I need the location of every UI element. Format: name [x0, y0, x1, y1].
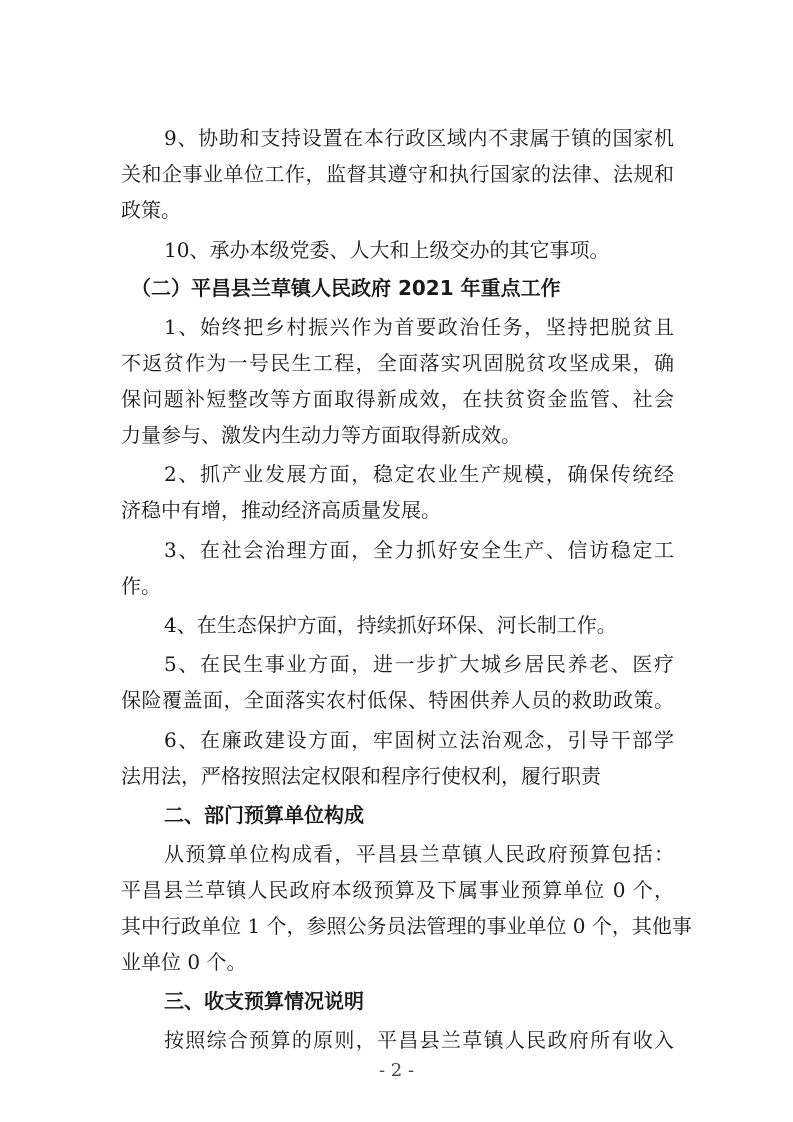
paragraph-line: 力量参与、激发内生动力等方面取得新成效。 [121, 417, 674, 453]
page-number: - 2 - [0, 1060, 793, 1081]
paragraph-line: 其中行政单位 1 个，参照公务员法管理的事业单位 0 个，其他事 [121, 908, 674, 944]
paragraph-line: 济稳中有增，推动经济高质量发展。 [121, 492, 674, 528]
paragraph-line: 保问题补短整改等方面取得新成效，在扶贫资金监管、社会 [121, 381, 674, 417]
paragraph-line: 按照综合预算的原则，平昌县兰草镇人民政府所有收入 [121, 1022, 674, 1058]
paragraph-line: 从预算单位构成看，平昌县兰草镇人民政府预算包括： [121, 836, 674, 872]
paragraph-line: 2、抓产业发展方面，稳定农业生产规模，确保传统经 [121, 456, 674, 492]
paragraph-line: 不返贫作为一号民生工程，全面落实巩固脱贫攻坚成果，确 [121, 345, 674, 381]
paragraph-line: 作。 [121, 568, 674, 604]
paragraph-line: 4、在生态保护方面，持续抓好环保、河长制工作。 [121, 607, 674, 643]
paragraph-line: 1、始终把乡村振兴作为首要政治任务，坚持把脱贫且 [121, 309, 674, 345]
paragraph-line: 5、在民生事业方面，进一步扩大城乡居民养老、医疗 [121, 646, 674, 682]
paragraph-line: 关和企事业单位工作，监督其遵守和执行国家的法律、法规和 [121, 156, 674, 192]
paragraph-line: 法用法，严格按照法定权限和程序行使权利，履行职责 [121, 758, 674, 794]
paragraph-line: 6、在廉政建设方面，牢固树立法治观念，引导干部学 [121, 722, 674, 758]
paragraph-line: 3、在社会治理方面，全力抓好安全生产、信访稳定工 [121, 532, 674, 568]
paragraph-line: 业单位 0 个。 [121, 944, 674, 980]
section-title-revenue-expenditure: 三、收支预算情况说明 [121, 983, 674, 1019]
subheading-key-work-2021: （二）平昌县兰草镇人民政府 2021 年重点工作 [121, 270, 674, 306]
paragraph-line: 10、承办本级党委、人大和上级交办的其它事项。 [121, 232, 674, 268]
paragraph-line: 平昌县兰草镇人民政府本级预算及下属事业预算单位 0 个， [121, 872, 674, 908]
paragraph-line: 9、协助和支持设置在本行政区域内不隶属于镇的国家机 [121, 120, 674, 156]
paragraph-line: 政策。 [121, 192, 674, 228]
paragraph-line: 保险覆盖面，全面落实农村低保、特困供养人员的救助政策。 [121, 682, 674, 718]
section-title-budget-units: 二、部门预算单位构成 [121, 797, 674, 833]
